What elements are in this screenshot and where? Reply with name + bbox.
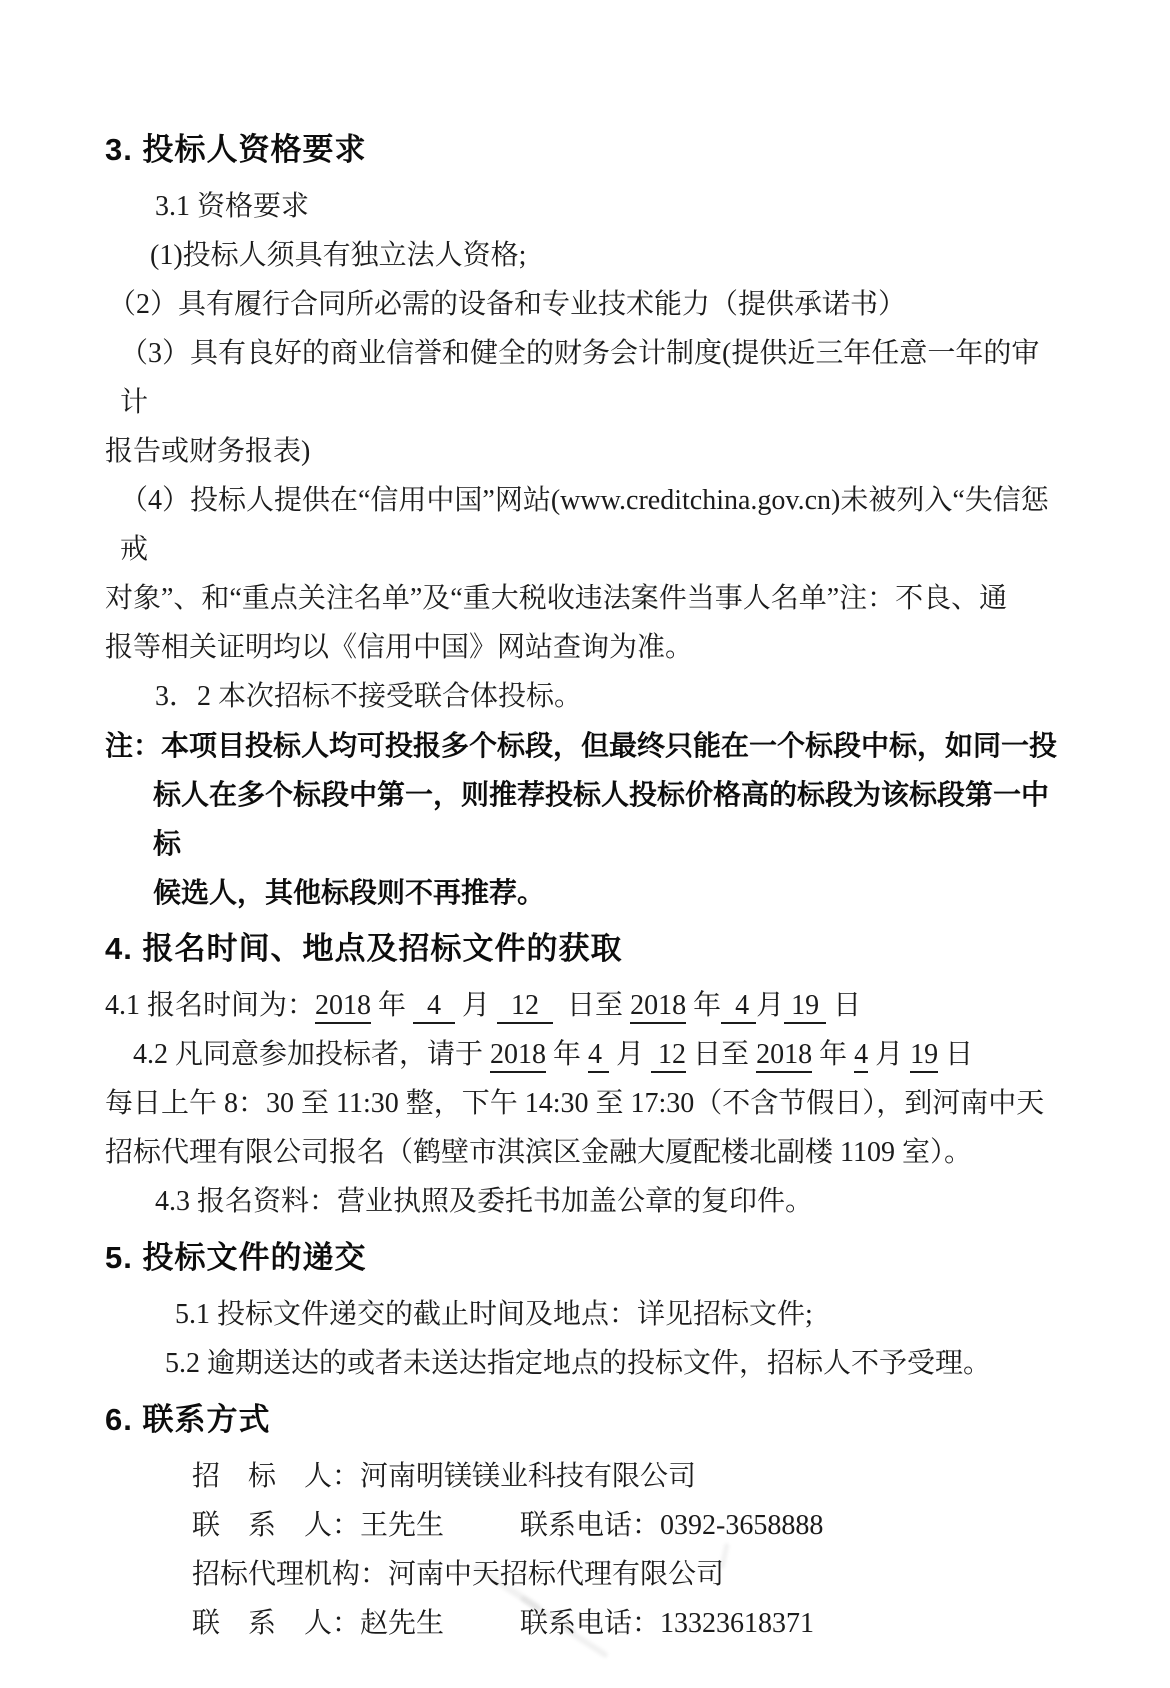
clause-4-3: 4.3 报名资料：营业执照及委托书加盖公章的复印件。 xyxy=(105,1177,1062,1226)
text-run: 4.2 凡同意参加投标者，请于 xyxy=(133,1039,490,1070)
section-3-heading: 3. 投标人资格要求 xyxy=(105,124,1062,176)
clause-5-1: 5.1 投标文件递交的截止时间及地点：详见招标文件; xyxy=(105,1290,1062,1339)
clause-3-1-item-3-line-1: （3）具有良好的商业信誉和健全的财务会计制度(提供近三年任意一年的审计 xyxy=(105,329,1062,427)
clause-3-1-item-2: （2）具有履行合同所必需的设备和专业技术能力（提供承诺书） xyxy=(105,280,1062,329)
text-run: 年 xyxy=(686,990,721,1021)
contact-agency: 招标代理机构：河南中天招标代理有限公司 xyxy=(105,1550,1062,1599)
text-run: 报告或财务报表) xyxy=(105,436,310,467)
underlined-value: 19 xyxy=(910,1039,938,1073)
text-run: 报等相关证明均以《信用中国》网站查询为准。 xyxy=(105,632,693,663)
clause-3-1-item-4-line-1: （4）投标人提供在“信用中国”网站(www.creditchina.gov.cn… xyxy=(105,476,1062,574)
underlined-value: 4 xyxy=(854,1039,868,1073)
text-run: 年 xyxy=(812,1039,854,1070)
text-run: 月 xyxy=(756,990,784,1021)
clause-4-2-line-2: 每日上午 8：30 至 11:30 整，下午 14:30 至 17:30（不含节… xyxy=(105,1079,1062,1128)
contact-phone: 联系电话：13323618371 xyxy=(520,1608,814,1639)
clause-4-2-line-3: 招标代理有限公司报名（鹤壁市淇滨区金融大厦配楼北副楼 1109 室）。 xyxy=(105,1128,1062,1177)
clause-4-2-line-1: 4.2 凡同意参加投标者，请于 2018 年 4 月 12 日至 2018 年 … xyxy=(105,1030,1062,1079)
clause-4-1: 4.1 报名时间为：2018 年 4 月 12 日至 2018 年 4 月 19… xyxy=(105,981,1062,1030)
text-run: 月 xyxy=(868,1039,910,1070)
text-run: 5. 投标文件的递交 xyxy=(105,1240,366,1275)
clause-3-1-item-4-line-3: 报等相关证明均以《信用中国》网站查询为准。 xyxy=(105,623,1062,672)
text-run: 日 xyxy=(938,1039,973,1070)
note-line-3: 候选人，其他标段则不再推荐。 xyxy=(105,868,1062,917)
underlined-value: 19 xyxy=(784,990,826,1024)
text-run: 候选人，其他标段则不再推荐。 xyxy=(153,877,545,908)
text-run: 4. 报名时间、地点及招标文件的获取 xyxy=(105,931,622,966)
underlined-value: 2018 xyxy=(756,1039,812,1073)
contact-person-2: 联 系 人：赵先生联系电话：13323618371 xyxy=(105,1599,1062,1648)
text-run: 招标代理有限公司报名（鹤壁市淇滨区金融大厦配楼北副楼 1109 室）。 xyxy=(105,1137,972,1168)
text-run: 每日上午 8：30 至 11:30 整，下午 14:30 至 17:30（不含节… xyxy=(105,1088,1044,1119)
note-line-2: 标人在多个标段中第一，则推荐投标人投标价格高的标段为该标段第一中标 xyxy=(105,770,1062,868)
text-run: （2）具有履行合同所必需的设备和专业技术能力（提供承诺书） xyxy=(108,289,906,320)
text-run: (1)投标人须具有独立法人资格; xyxy=(150,240,526,271)
clause-3-1-item-4-line-2: 对象”、和“重点关注名单”及“重大税收违法案件当事人名单”注：不良、通 xyxy=(105,574,1062,623)
text-run: 标人在多个标段中第一，则推荐投标人投标价格高的标段为该标段第一中标 xyxy=(153,779,1049,859)
text-run: 对象”、和“重点关注名单”及“重大税收违法案件当事人名单”注：不良、通 xyxy=(105,583,1007,614)
text-run: 年 xyxy=(546,1039,588,1070)
contact-label: 联 系 人：王先生 xyxy=(192,1501,520,1550)
underlined-value: 12 xyxy=(651,1039,686,1073)
text-run: 5.1 投标文件递交的截止时间及地点：详见招标文件; xyxy=(175,1299,813,1330)
section-4-heading: 4. 报名时间、地点及招标文件的获取 xyxy=(105,923,1062,975)
contact-label: 招标代理机构：河南中天招标代理有限公司 xyxy=(192,1550,724,1599)
text-run: 日至 xyxy=(686,1039,756,1070)
contact-tenderer: 招 标 人：河南明镁镁业科技有限公司 xyxy=(105,1452,1062,1501)
text-run: 3．2 本次招标不接受联合体投标。 xyxy=(155,681,582,712)
text-run: 年 xyxy=(371,990,413,1021)
contact-label: 联 系 人：赵先生 xyxy=(192,1599,520,1648)
underlined-value: 4 xyxy=(413,990,455,1024)
text-run: （3）具有良好的商业信誉和健全的财务会计制度(提供近三年任意一年的审计 xyxy=(120,338,1039,418)
contact-label: 招 标 人：河南明镁镁业科技有限公司 xyxy=(192,1452,696,1501)
text-run: 注：本项目投标人均可投报多个标段，但最终只能在一个标段中标，如同一投 xyxy=(105,730,1057,761)
clause-3-2: 3．2 本次招标不接受联合体投标。 xyxy=(105,672,1062,721)
clause-3-1: 3.1 资格要求 xyxy=(105,182,1062,231)
text-run: 日 xyxy=(826,990,861,1021)
text-run: 月 xyxy=(609,1039,651,1070)
contact-person-1: 联 系 人：王先生联系电话：0392-3658888 xyxy=(105,1501,1062,1550)
text-run: 5.2 逾期送达的或者未送达指定地点的投标文件，招标人不予受理。 xyxy=(165,1348,991,1379)
section-5-heading: 5. 投标文件的递交 xyxy=(105,1232,1062,1284)
contact-phone: 联系电话：0392-3658888 xyxy=(520,1510,823,1541)
text-run: 4.1 报名时间为： xyxy=(105,990,315,1021)
document-body: 3. 投标人资格要求3.1 资格要求(1)投标人须具有独立法人资格;（2）具有履… xyxy=(105,124,1062,1648)
clause-5-2: 5.2 逾期送达的或者未送达指定地点的投标文件，招标人不予受理。 xyxy=(105,1339,1062,1388)
text-run: 3.1 资格要求 xyxy=(155,191,309,222)
section-6-heading: 6. 联系方式 xyxy=(105,1394,1062,1446)
text-run: 6. 联系方式 xyxy=(105,1402,270,1437)
underlined-value: 12 xyxy=(497,990,553,1024)
document-page: 3. 投标人资格要求3.1 资格要求(1)投标人须具有独立法人资格;（2）具有履… xyxy=(0,0,1170,1688)
note-line-1: 注：本项目投标人均可投报多个标段，但最终只能在一个标段中标，如同一投 xyxy=(105,721,1062,770)
text-run: 月 xyxy=(455,990,497,1021)
underlined-value: 2018 xyxy=(630,990,686,1024)
clause-3-1-item-1: (1)投标人须具有独立法人资格; xyxy=(105,231,1062,280)
underlined-value: 4 xyxy=(721,990,756,1024)
underlined-value: 4 xyxy=(588,1039,609,1073)
text-run: 3. 投标人资格要求 xyxy=(105,132,366,167)
text-run: 4.3 报名资料：营业执照及委托书加盖公章的复印件。 xyxy=(155,1186,813,1217)
text-run: （4）投标人提供在“信用中国”网站(www.creditchina.gov.cn… xyxy=(120,485,1049,565)
text-run: 日至 xyxy=(553,990,630,1021)
underlined-value: 2018 xyxy=(490,1039,546,1073)
clause-3-1-item-3-line-2: 报告或财务报表) xyxy=(105,427,1062,476)
underlined-value: 2018 xyxy=(315,990,371,1024)
